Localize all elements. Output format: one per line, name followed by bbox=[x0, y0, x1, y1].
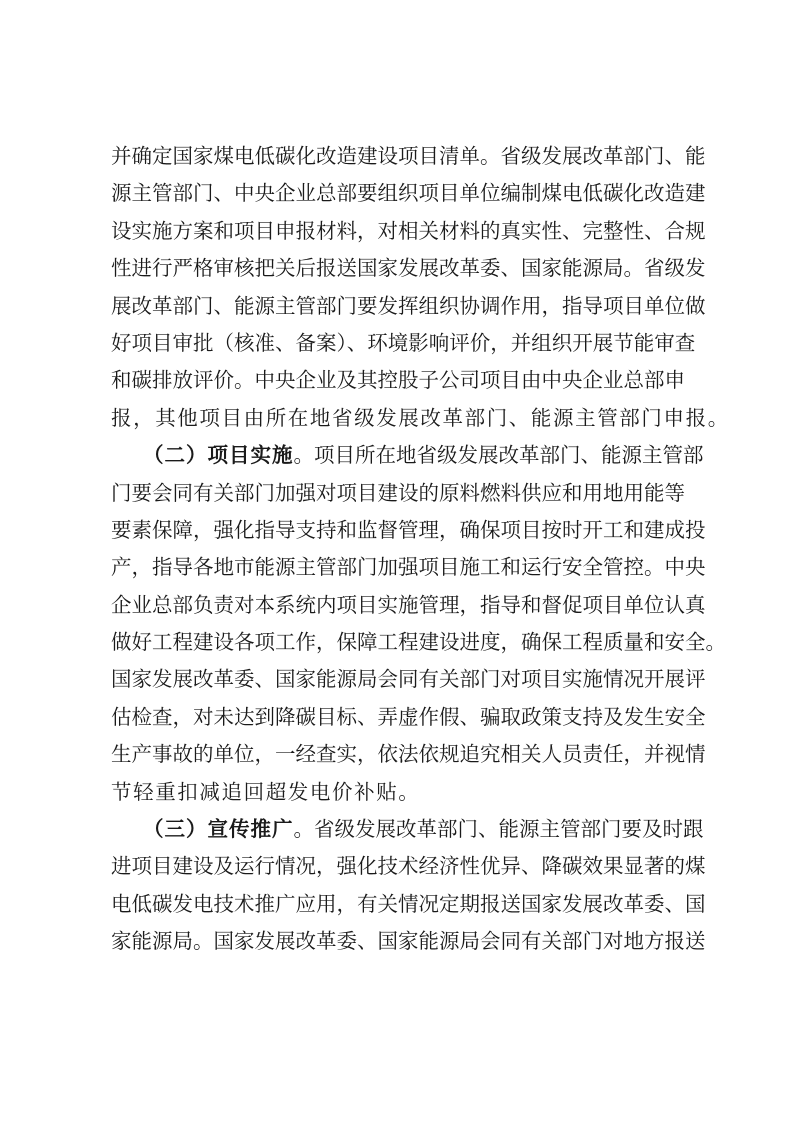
paragraph-project-implementation: （二）项目实施。项目所在地省级发展改革部门、能源主管部 门要会同有关部门加强对项… bbox=[111, 437, 685, 811]
text-line: 节轻重扣减追回超发电价补贴。 bbox=[111, 774, 685, 811]
text-line: 展改革部门、能源主管部门要发挥组织协调作用，指导项目单位做 bbox=[111, 288, 685, 325]
text-run: 。项目所在地省级发展改革部门、能源主管部 bbox=[294, 443, 704, 467]
text-line: 电低碳发电技术推广应用，有关情况定期报送国家发展改革委、国 bbox=[111, 886, 685, 923]
text-line: （三）宣传推广。省级发展改革部门、能源主管部门要及时跟 bbox=[111, 811, 685, 848]
text-line: 进项目建设及运行情况，强化技术经济性优异、降碳效果显著的煤 bbox=[111, 848, 685, 885]
text-line: 和碳排放评价。中央企业及其控股子公司项目由中央企业总部申 bbox=[111, 362, 685, 399]
text-line: 生产事故的单位，一经查实，依法依规追究相关人员责任，并视情 bbox=[111, 736, 685, 773]
text-line: 产，指导各地市能源主管部门加强项目施工和运行安全管控。中央 bbox=[111, 549, 685, 586]
text-line: 家能源局。国家发展改革委、国家能源局会同有关部门对地方报送 bbox=[111, 923, 685, 960]
text-line: 国家发展改革委、国家能源局会同有关部门对项目实施情况开展评 bbox=[111, 661, 685, 698]
text-line: 门要会同有关部门加强对项目建设的原料燃料供应和用地用能等 bbox=[111, 475, 685, 512]
text-run: 。省级发展改革部门、能源主管部门要及时跟 bbox=[294, 817, 704, 841]
text-line: 报，其他项目由所在地省级发展改革部门、能源主管部门申报。 bbox=[111, 400, 685, 437]
text-line: 性进行严格审核把关后报送国家发展改革委、国家能源局。省级发 bbox=[111, 250, 685, 287]
text-line: 设实施方案和项目申报材料，对相关材料的真实性、完整性、合规 bbox=[111, 213, 685, 250]
text-line: 并确定国家煤电低碳化改造建设项目清单。省级发展改革部门、能 bbox=[111, 138, 685, 175]
section-heading: （二）项目实施 bbox=[143, 443, 294, 467]
text-line: 源主管部门、中央企业总部要组织项目单位编制煤电低碳化改造建 bbox=[111, 175, 685, 212]
section-heading: （三）宣传推广 bbox=[143, 817, 294, 841]
paragraph-1: 并确定国家煤电低碳化改造建设项目清单。省级发展改革部门、能 源主管部门、中央企业… bbox=[111, 138, 685, 437]
text-line: 做好工程建设各项工作，保障工程建设进度，确保工程质量和安全。 bbox=[111, 624, 685, 661]
document-page: 并确定国家煤电低碳化改造建设项目清单。省级发展改革部门、能 源主管部门、中央企业… bbox=[111, 138, 685, 961]
text-line: 企业总部负责对本系统内项目实施管理，指导和督促项目单位认真 bbox=[111, 587, 685, 624]
text-line: （二）项目实施。项目所在地省级发展改革部门、能源主管部 bbox=[111, 437, 685, 474]
paragraph-publicity-promotion: （三）宣传推广。省级发展改革部门、能源主管部门要及时跟 进项目建设及运行情况，强… bbox=[111, 811, 685, 961]
text-line: 要素保障，强化指导支持和监督管理，确保项目按时开工和建成投 bbox=[111, 512, 685, 549]
text-line: 估检查，对未达到降碳目标、弄虚作假、骗取政策支持及发生安全 bbox=[111, 699, 685, 736]
text-line: 好项目审批（核准、备案）、环境影响评价，并组织开展节能审查 bbox=[111, 325, 685, 362]
